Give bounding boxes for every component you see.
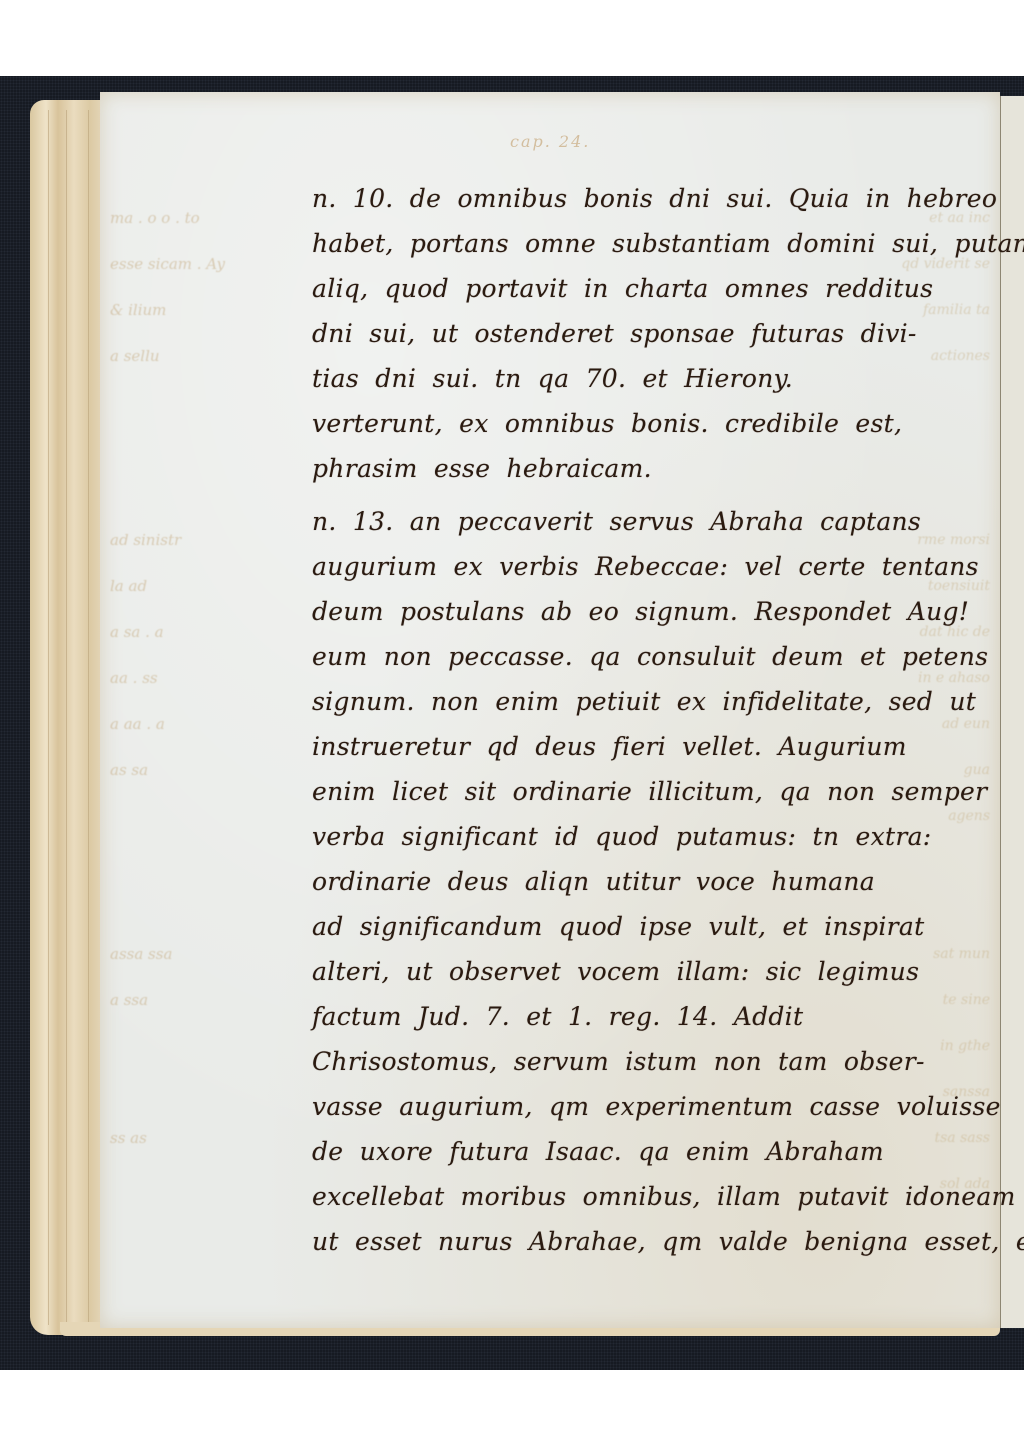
bleed-through-line: a aa . a: [110, 701, 325, 747]
text-line: eum non peccasse. qa consuluit deum et p…: [312, 634, 992, 679]
bleed-through-line: [110, 425, 325, 471]
text-line: phrasim esse hebraicam.: [312, 446, 992, 491]
text-line: habet, portans omne substantiam domini s…: [312, 221, 992, 266]
bleed-through-line: ss as: [110, 1115, 325, 1161]
text-line: tias dni sui. tn qa 70. et Hierony.: [312, 356, 992, 401]
page-edge-line: [48, 110, 49, 1325]
bleed-through-line: [110, 1023, 325, 1069]
page-header-mark: cap. 24.: [510, 132, 590, 151]
bleed-through-line: as sa: [110, 747, 325, 793]
text-line: enim licet sit ordinarie illicitum, qa n…: [312, 769, 992, 814]
facing-page-edge: [1000, 96, 1024, 1328]
paragraph-gap: [312, 491, 992, 499]
bleed-through-line: & ilium: [110, 287, 325, 333]
text-line: ad significandum quod ipse vult, et insp…: [312, 904, 992, 949]
text-line: aliq, quod portavit in charta omnes redd…: [312, 266, 992, 311]
text-line: verterunt, ex omnibus bonis. credibile e…: [312, 401, 992, 446]
paragraph-n10: n. 10. de omnibus bonis dni sui. Quia in…: [312, 176, 992, 491]
bleed-through-line: a ssa: [110, 977, 325, 1023]
page-stack-edges: [30, 100, 110, 1335]
text-line: Chrisostomus, servum istum non tam obser…: [312, 1039, 992, 1084]
bleed-through-line: aa . ss: [110, 655, 325, 701]
bleed-through-line: [110, 1069, 325, 1115]
bleed-through-line: a sa . a: [110, 609, 325, 655]
text-line: n. 10. de omnibus bonis dni sui. Quia in…: [312, 176, 992, 221]
text-line: augurium ex verbis Rebeccae: vel certe t…: [312, 544, 992, 589]
bleed-through-line: ma . o o . to: [110, 195, 325, 241]
bleed-through-line: [110, 839, 325, 885]
text-line: excellebat moribus omnibus, illam putavi…: [312, 1174, 992, 1219]
bleed-through-line: [110, 793, 325, 839]
bleed-through-line: [110, 471, 325, 517]
text-line: factum Jud. 7. et 1. reg. 14. Addit: [312, 994, 992, 1039]
bleed-through-line: [110, 379, 325, 425]
text-line: ut esset nurus Abrahae, qm valde benigna…: [312, 1219, 992, 1264]
text-line: instrueretur qd deus fieri vellet. Augur…: [312, 724, 992, 769]
paragraph-n13: n. 13. an peccaverit servus Abraha capta…: [312, 499, 992, 1264]
text-line: alteri, ut observet vocem illam: sic leg…: [312, 949, 992, 994]
text-line: ordinarie deus aliqn utitur voce humana: [312, 859, 992, 904]
bleed-through-line: assa ssa: [110, 931, 325, 977]
text-line: vasse augurium, qm experimentum casse vo…: [312, 1084, 992, 1129]
bleed-through-left: ma . o o . toesse sicam . Ay& iliuma sel…: [110, 195, 325, 1161]
text-line: dni sui, ut ostenderet sponsae futuras d…: [312, 311, 992, 356]
bleed-through-line: esse sicam . Ay: [110, 241, 325, 287]
manuscript-text: n. 10. de omnibus bonis dni sui. Quia in…: [312, 176, 992, 1264]
page-edge-line: [66, 110, 67, 1325]
text-line: n. 13. an peccaverit servus Abraha capta…: [312, 499, 992, 544]
bleed-through-line: a sellu: [110, 333, 325, 379]
text-line: verba significant id quod putamus: tn ex…: [312, 814, 992, 859]
text-line: deum postulans ab eo signum. Respondet A…: [312, 589, 992, 634]
bleed-through-line: [110, 885, 325, 931]
text-line: signum. non enim petiuit ex infidelitate…: [312, 679, 992, 724]
bleed-through-line: la ad: [110, 563, 325, 609]
text-line: de uxore futura Isaac. qa enim Abraham: [312, 1129, 992, 1174]
bleed-through-line: ad sinistr: [110, 517, 325, 563]
page-edge-line: [88, 110, 89, 1325]
